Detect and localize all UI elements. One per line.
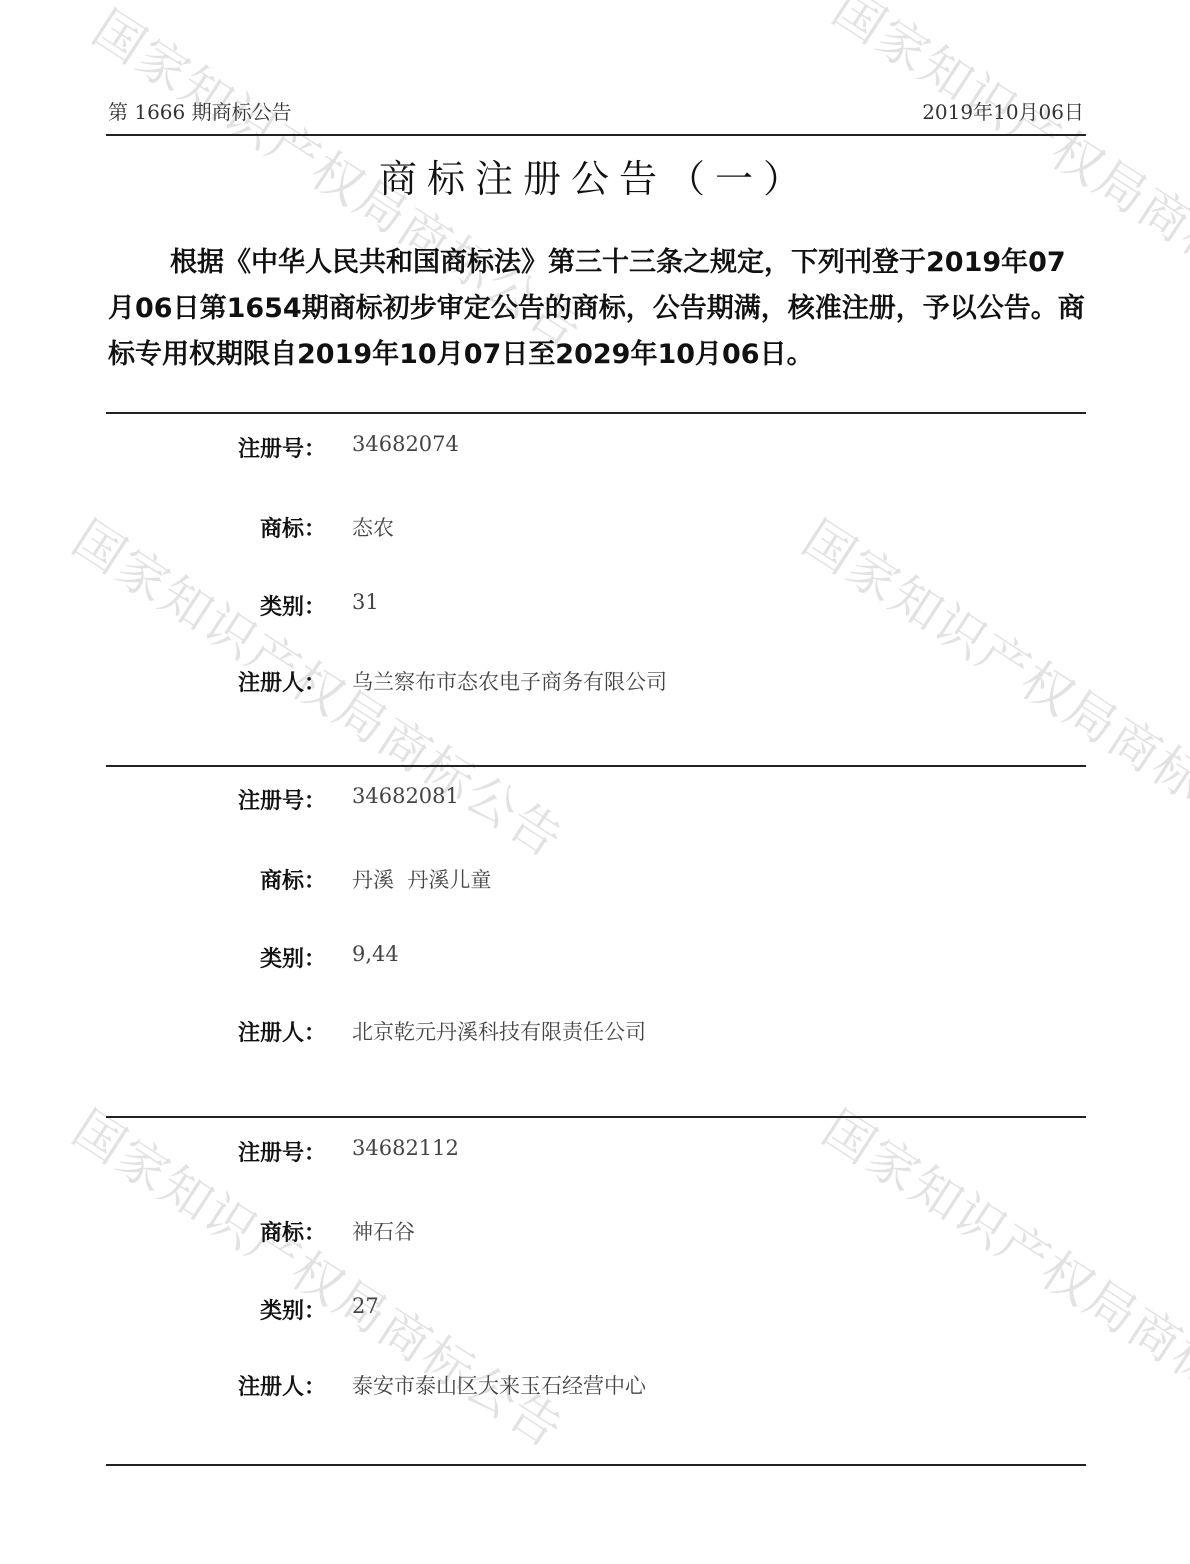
registrant-label: 注册人： — [238, 1016, 326, 1047]
mark-value: 神石谷 — [352, 1216, 415, 1246]
registrant-value: 乌兰察布市态农电子商务有限公司 — [352, 666, 667, 696]
registrant-value: 泰安市泰山区大来玉石经营中心 — [352, 1370, 646, 1400]
mark-row: 商标： 神石谷 — [0, 1216, 1190, 1246]
registrant-row: 注册人： 北京乾元丹溪科技有限责任公司 — [0, 1016, 1190, 1046]
class-value: 27 — [352, 1294, 379, 1318]
reg-no-row: 注册号： 34682074 — [0, 432, 1190, 462]
class-label: 类别： — [260, 942, 326, 973]
reg-no-row: 注册号： 34682081 — [0, 784, 1190, 814]
reg-no-value: 34682074 — [352, 432, 459, 456]
reg-no-label: 注册号： — [238, 1136, 326, 1167]
footer-divider — [106, 1464, 1086, 1466]
mark-label: 商标： — [260, 512, 326, 543]
page-title: 商标注册公告（一） — [0, 148, 1190, 203]
registrant-row: 注册人： 泰安市泰山区大来玉石经营中心 — [0, 1370, 1190, 1400]
header-divider — [106, 134, 1086, 136]
class-label: 类别： — [260, 1294, 326, 1325]
entry-divider — [106, 1116, 1086, 1118]
issue-date: 2019年10月06日 — [922, 96, 1084, 125]
entry-divider — [106, 765, 1086, 767]
mark-value: 丹溪 丹溪儿童 — [352, 864, 491, 894]
reg-no-label: 注册号： — [238, 784, 326, 815]
page-header: 第 1666 期商标公告 2019年10月06日 — [108, 96, 1084, 130]
class-row: 类别： 27 — [0, 1294, 1190, 1324]
mark-row: 商标： 丹溪 丹溪儿童 — [0, 864, 1190, 894]
mark-label: 商标： — [260, 1216, 326, 1247]
issue-number: 第 1666 期商标公告 — [108, 96, 292, 125]
registrant-row: 注册人： 乌兰察布市态农电子商务有限公司 — [0, 666, 1190, 696]
registrant-value: 北京乾元丹溪科技有限责任公司 — [352, 1016, 646, 1046]
reg-no-value: 34682081 — [352, 784, 459, 808]
reg-no-row: 注册号： 34682112 — [0, 1136, 1190, 1166]
registrant-label: 注册人： — [238, 666, 326, 697]
class-value: 31 — [352, 590, 379, 614]
mark-row: 商标： 态农 — [0, 512, 1190, 542]
reg-no-value: 34682112 — [352, 1136, 459, 1160]
registrant-label: 注册人： — [238, 1370, 326, 1401]
section-divider — [106, 412, 1086, 414]
class-row: 类别： 9,44 — [0, 942, 1190, 972]
class-label: 类别： — [260, 590, 326, 621]
mark-label: 商标： — [260, 864, 326, 895]
reg-no-label: 注册号： — [238, 432, 326, 463]
intro-paragraph: 根据《中华人民共和国商标法》第三十三条之规定，下列刊登于2019年07月06日第… — [108, 240, 1088, 378]
mark-value: 态农 — [352, 512, 394, 542]
class-value: 9,44 — [352, 942, 399, 966]
class-row: 类别： 31 — [0, 590, 1190, 620]
